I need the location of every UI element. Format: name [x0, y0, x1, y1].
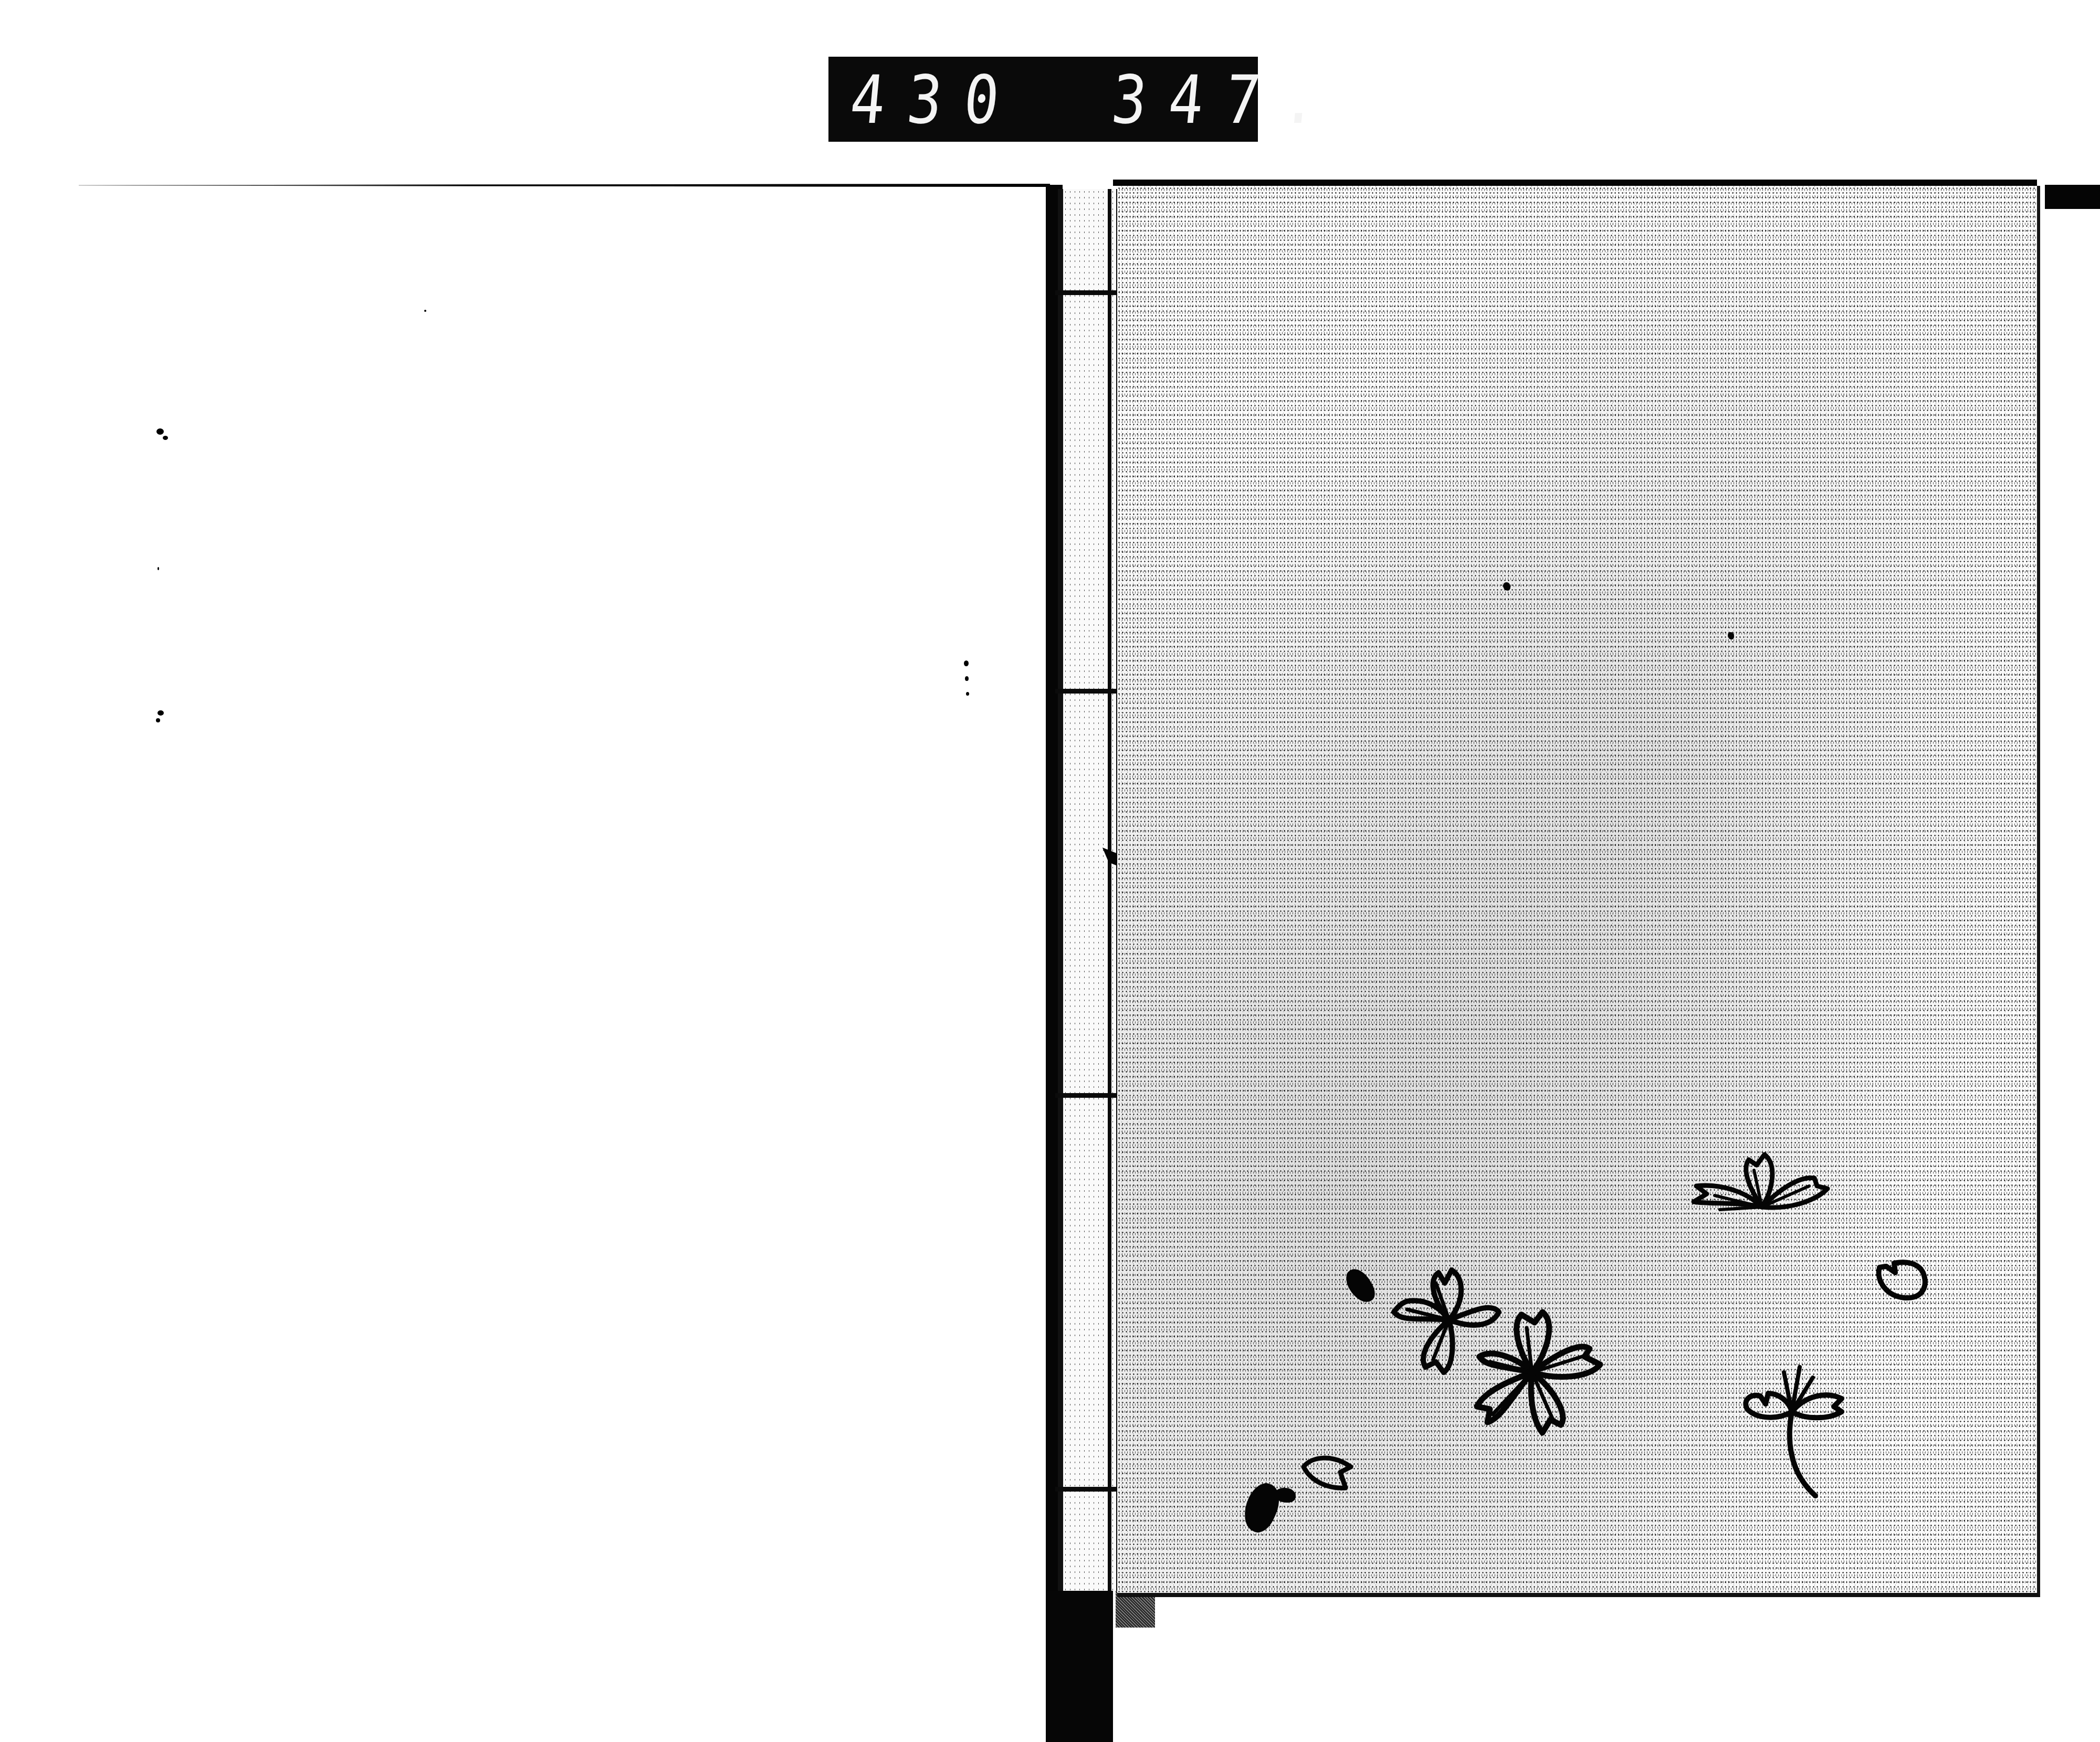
cover-top-edge [1113, 180, 2037, 186]
ink-blot [1728, 632, 1734, 639]
cherry-petal-single [1873, 1257, 1931, 1304]
spine-bottom-shadow [1047, 1591, 1113, 1742]
speck [156, 428, 164, 435]
cherry-blossom-large [1453, 1288, 1611, 1456]
binding-stitch [1055, 1487, 1123, 1492]
binding-stitch [1055, 1093, 1123, 1098]
speck [964, 660, 969, 666]
speck [157, 567, 159, 570]
call-number-part-1: 430 [847, 61, 1024, 138]
speck [424, 310, 426, 312]
cherry-blossom-with-stem [1737, 1362, 1857, 1504]
ink-blot [1503, 582, 1510, 591]
speck [163, 436, 168, 440]
speck [157, 710, 164, 716]
call-number-label: 430 347. [828, 57, 1258, 142]
call-number-part-2: 347. [1108, 61, 1342, 138]
book-cover [1117, 186, 2040, 1597]
cherry-petal-small [1301, 1451, 1359, 1498]
page-corner-shadow [2045, 185, 2100, 209]
binding-stitch [1055, 290, 1123, 295]
binding-stitch [1055, 689, 1123, 694]
left-page-top-edge [79, 184, 1050, 187]
speck [965, 676, 969, 681]
speck [156, 718, 160, 722]
cherry-blossom-side-view [1688, 1149, 1835, 1218]
speck [966, 692, 969, 696]
